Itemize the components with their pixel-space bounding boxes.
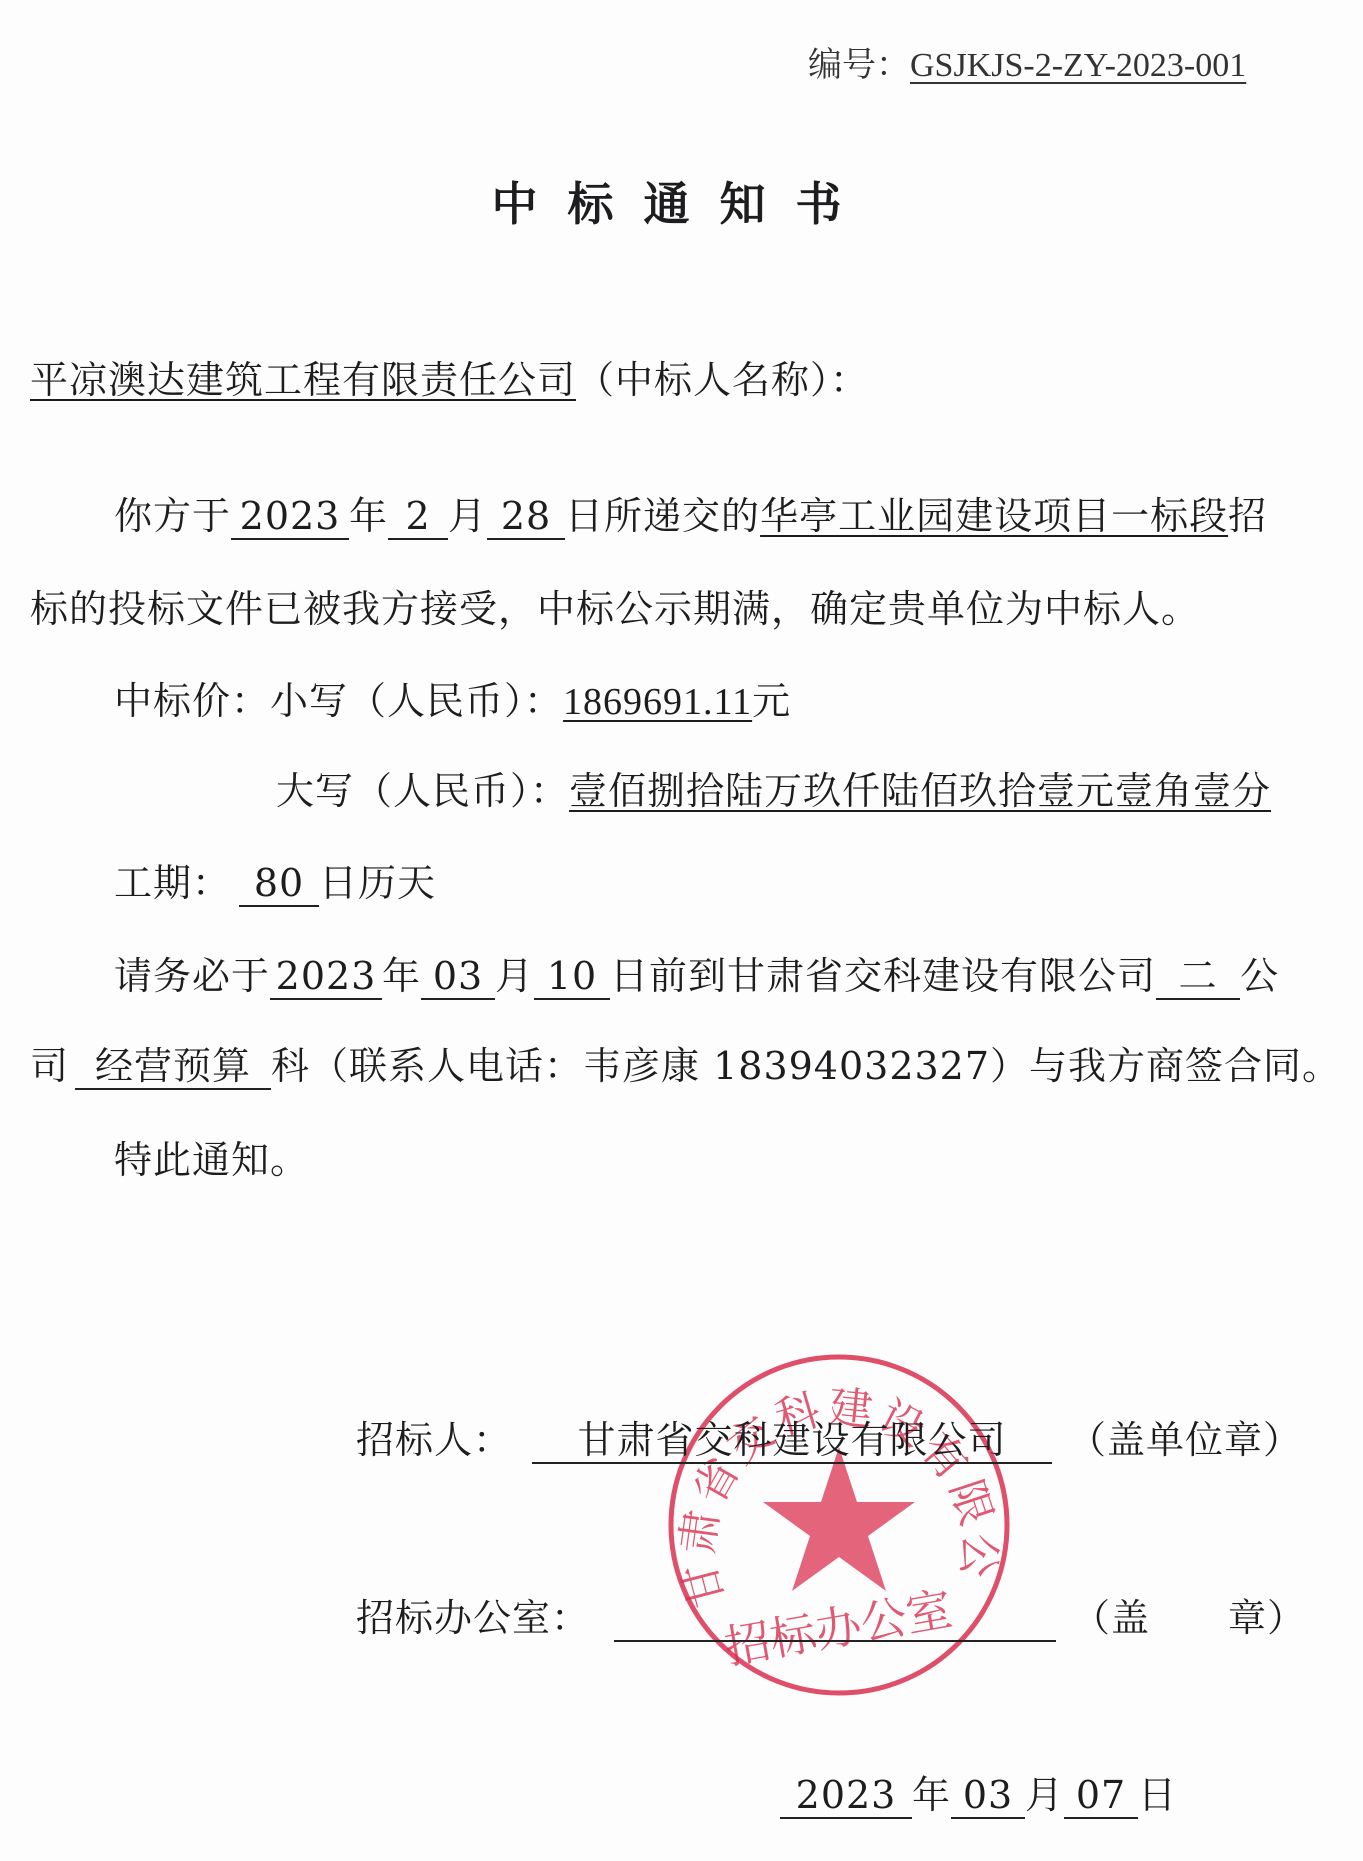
document-number-value: GSJKJS-2-ZY-2023-001	[910, 47, 1246, 84]
document-number: 编号：GSJKJS-2-ZY-2023-001	[808, 42, 1246, 89]
contract-month: 03	[421, 954, 495, 1000]
recipient-line: 平凉澳达建筑工程有限责任公司（中标人名称）：	[30, 356, 869, 404]
seal-ring-text: 甘肃省交科建设有限公司	[666, 1352, 1005, 1613]
duration-unit: 日历天	[319, 861, 436, 905]
tenderer-line: 招标人：甘肃省交科建设有限公司（盖单位章）	[356, 1416, 1302, 1464]
paragraph-bid-receipt: 你方于2023年2月28日所递交的华亭工业园建设项目一标段招	[114, 492, 1267, 540]
date-month: 03	[951, 1773, 1025, 1819]
contract-line-2: 司经营预算科（联系人电话：韦彦康 18394032327）与我方商签合同。	[30, 1042, 1341, 1090]
text: 月	[1025, 1773, 1064, 1817]
price-small-label: 小写（人民币）：	[270, 679, 563, 723]
recipient-name: 平凉澳达建筑工程有限责任公司	[30, 358, 576, 402]
date-year: 2023	[780, 1773, 912, 1819]
price-small-line: 中标价：小写（人民币）：1869691.11元	[114, 677, 791, 726]
text: 招	[1228, 494, 1267, 538]
duration-value: 80	[239, 861, 319, 907]
text: 年	[382, 954, 421, 998]
office-note: （盖 章）	[1072, 1596, 1306, 1640]
bid-day: 28	[487, 494, 565, 540]
price-big-line: 大写（人民币）：壹佰捌拾陆万玖仟陆佰玖拾壹元壹角壹分	[276, 767, 1271, 815]
company-seal: 甘肃省交科建设有限公司 招标办公室	[666, 1352, 1012, 1698]
price-unit: 元	[752, 679, 791, 723]
date-day: 07	[1064, 1773, 1138, 1819]
document-number-label: 编号：	[808, 45, 910, 85]
price-big-label: 大写（人民币）：	[276, 769, 569, 813]
office-value	[614, 1596, 1056, 1642]
office-label: 招标办公室：	[356, 1596, 590, 1640]
price-label: 中标价：	[114, 679, 270, 723]
bid-month: 2	[388, 494, 448, 540]
contract-day: 10	[534, 954, 610, 1000]
text: 请务必于	[114, 954, 270, 998]
text: 你方于	[114, 494, 231, 538]
star-icon	[763, 1447, 915, 1591]
paragraph-bid-accepted: 标的投标文件已被我方接受，中标公示期满，确定贵单位为中标人。	[30, 585, 1200, 633]
office-line: 招标办公室：（盖 章）	[356, 1594, 1306, 1642]
recipient-suffix: （中标人名称）：	[576, 358, 869, 402]
text: 年	[349, 494, 388, 538]
price-big-value: 壹佰捌拾陆万玖仟陆佰玖拾壹元壹角壹分	[569, 769, 1271, 813]
branch-number: 二	[1156, 954, 1240, 1000]
contract-year: 2023	[270, 954, 382, 1000]
duration-label: 工期：	[114, 861, 231, 905]
tenderer-label: 招标人：	[356, 1418, 512, 1462]
project-name: 华亭工业园建设项目一标段	[760, 494, 1228, 538]
text: 日前到甘肃省交科建设有限公司	[610, 954, 1156, 998]
contract-line-1: 请务必于2023年03月10日前到甘肃省交科建设有限公司二公	[114, 952, 1279, 1000]
text: 日	[1138, 1773, 1177, 1817]
tenderer-value: 甘肃省交科建设有限公司	[532, 1418, 1052, 1464]
text: 年	[912, 1773, 951, 1817]
duration-line: 工期：80日历天	[114, 859, 436, 907]
issue-date: 2023年03月07日	[780, 1771, 1177, 1819]
text: 司	[30, 1044, 69, 1088]
text: 月	[448, 494, 487, 538]
text: 日所递交的	[565, 494, 760, 538]
closing-text: 特此通知。	[114, 1136, 309, 1184]
price-small-value: 1869691.11	[563, 681, 752, 723]
department-name: 经营预算	[75, 1044, 271, 1090]
bid-year: 2023	[231, 494, 349, 540]
svg-text:甘肃省交科建设有限公司: 甘肃省交科建设有限公司	[666, 1352, 1005, 1613]
page-title: 中标通知书	[0, 168, 1363, 234]
contact-info: 科（联系人电话：韦彦康 18394032327）与我方商签合同。	[271, 1044, 1341, 1088]
text: 公	[1240, 954, 1279, 998]
text: 月	[495, 954, 534, 998]
tenderer-note: （盖单位章）	[1068, 1418, 1302, 1462]
